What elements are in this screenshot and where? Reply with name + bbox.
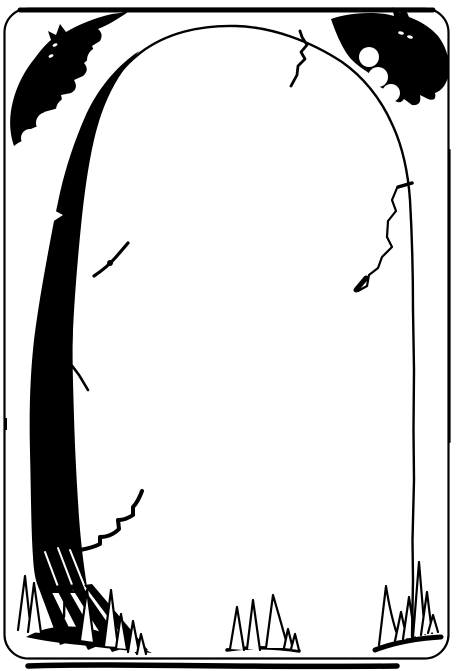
cloud-puff — [36, 112, 58, 134]
cloud-puff — [368, 67, 388, 87]
halloween-tombstone-illustration — [0, 0, 456, 671]
frame-bottom-thick-edge — [28, 665, 397, 666]
crack-knot — [107, 260, 113, 266]
cloud-puff — [56, 98, 80, 122]
cloud-puff — [359, 47, 379, 67]
cloud-puff — [21, 129, 39, 147]
tombstone-drawing — [0, 0, 456, 671]
frame-left-blotch — [4, 418, 8, 430]
cloud-puff — [382, 84, 400, 102]
